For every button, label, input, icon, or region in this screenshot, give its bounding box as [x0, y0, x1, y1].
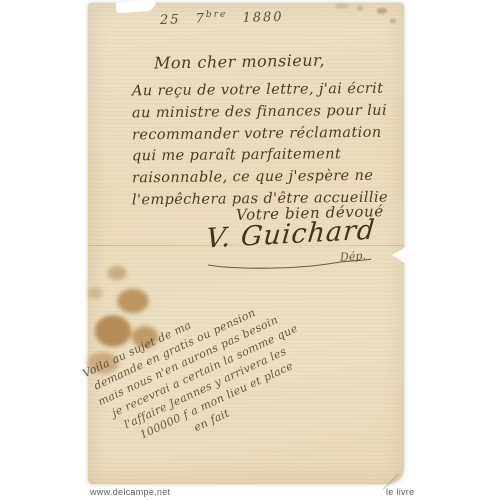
letter-body-line: raisonnable, ce que j'espère ne — [132, 166, 388, 190]
letter-body-line: Au reçu de votre lettre, j'ai écrit — [132, 79, 388, 103]
letter-date-month: 7bre — [196, 11, 228, 27]
letter-salutation: Mon cher monsieur, — [154, 51, 325, 73]
paper-tear — [116, 0, 157, 13]
letter-body-line: qui me paraît parfaitement — [132, 144, 388, 168]
letter-date: 25 7bre 1880 — [160, 8, 284, 28]
letter-body-line: au ministre des finances pour lui — [132, 100, 388, 124]
letter-signature-suffix: Dép. — [340, 249, 367, 264]
letter-signature: V. Guichard — [205, 214, 377, 254]
letter-paper: 25 7bre 1880 Mon cher monsieur, Au reçu … — [88, 3, 404, 484]
letter-date-year: 1880 — [242, 10, 283, 26]
category-label: le livre — [386, 487, 414, 497]
screenshot-stage: 25 7bre 1880 Mon cher monsieur, Au reçu … — [0, 0, 500, 500]
delcampe-watermark: www.delcampe.net — [90, 487, 170, 497]
letter-date-month-suffix: bre — [206, 10, 228, 21]
paper-edge-notch — [392, 247, 406, 264]
letter-body-line: recommander votre réclamation — [132, 122, 388, 146]
letter-body: Au reçu de votre lettre, j'ai écrit au m… — [132, 80, 388, 211]
paper-smudge — [330, 3, 400, 29]
letter-date-day: 25 — [160, 12, 181, 28]
